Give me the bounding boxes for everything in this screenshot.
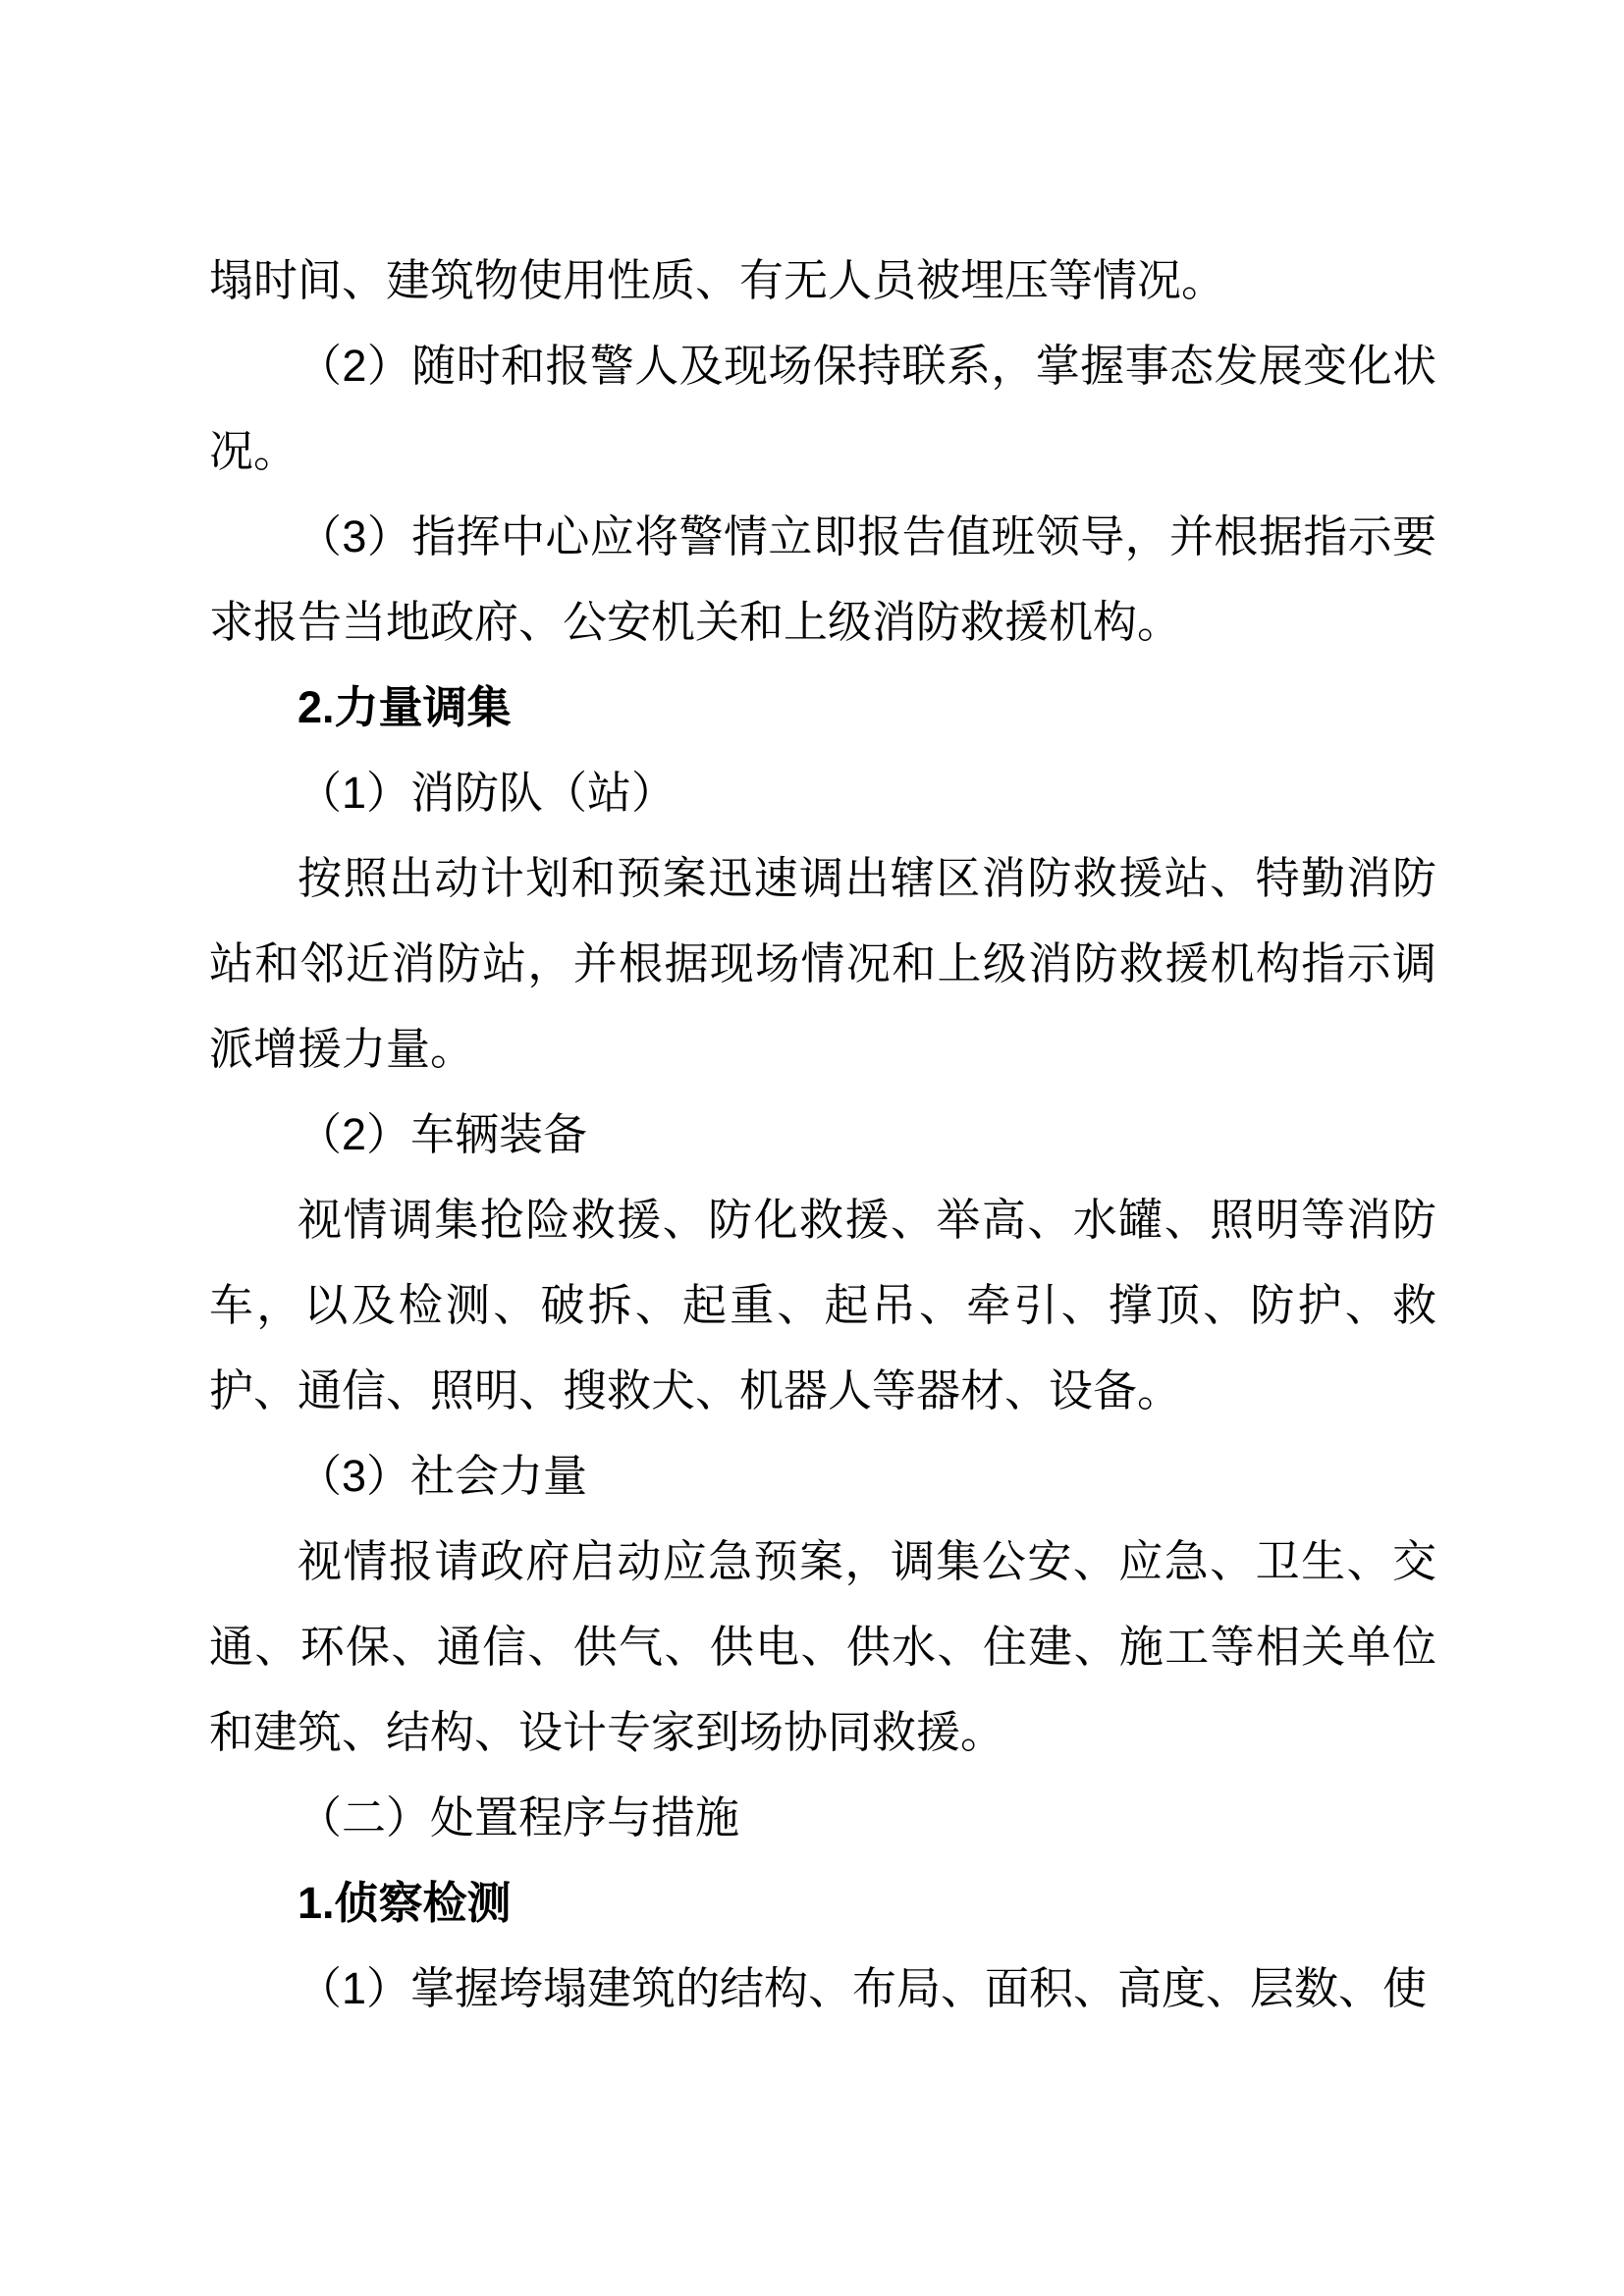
paragraph-item-2-keep-contact: （2）随时和报警人及现场保持联系，掌握事态发展变化状况。: [209, 323, 1436, 494]
paragraph-social-forces-detail: 视情报请政府启动应急预案，调集公安、应急、卫生、交通、环保、通信、供气、供电、供…: [209, 1519, 1436, 1775]
heading-force-mobilization: 2.力量调集: [209, 665, 1436, 750]
paragraph-item-1-fire-stations: （1）消防队（站）: [209, 750, 1436, 835]
document-page: 塌时间、建筑物使用性质、有无人员被埋压等情况。 （2）随时和报警人及现场保持联系…: [0, 0, 1624, 2296]
paragraph-fire-stations-dispatch-detail: 按照出动计划和预案迅速调出辖区消防救援站、特勤消防站和邻近消防站，并根据现场情况…: [209, 835, 1436, 1092]
document-text-block: 塌时间、建筑物使用性质、有无人员被埋压等情况。 （2）随时和报警人及现场保持联系…: [209, 238, 1436, 2031]
paragraph-item-2-vehicles-equipment: （2）车辆装备: [209, 1092, 1436, 1177]
paragraph-item-3-social-forces: （3）社会力量: [209, 1433, 1436, 1519]
paragraph-vehicles-equipment-detail: 视情调集抢险救援、防化救援、举高、水罐、照明等消防车，以及检测、破拆、起重、起吊…: [209, 1177, 1436, 1433]
heading-section-2-procedures: （二）处置程序与措施: [209, 1775, 1436, 1860]
paragraph-item-3-command-center-report: （3）指挥中心应将警情立即报告值班领导，并根据指示要求报告当地政府、公安机关和上…: [209, 494, 1436, 665]
paragraph-collapse-info-continuation: 塌时间、建筑物使用性质、有无人员被埋压等情况。: [209, 238, 1436, 323]
heading-recon-detection: 1.侦察检测: [209, 1860, 1436, 1946]
paragraph-item-1-grasp-structure-info: （1）掌握垮塌建筑的结构、布局、面积、高度、层数、使: [209, 1946, 1436, 2031]
